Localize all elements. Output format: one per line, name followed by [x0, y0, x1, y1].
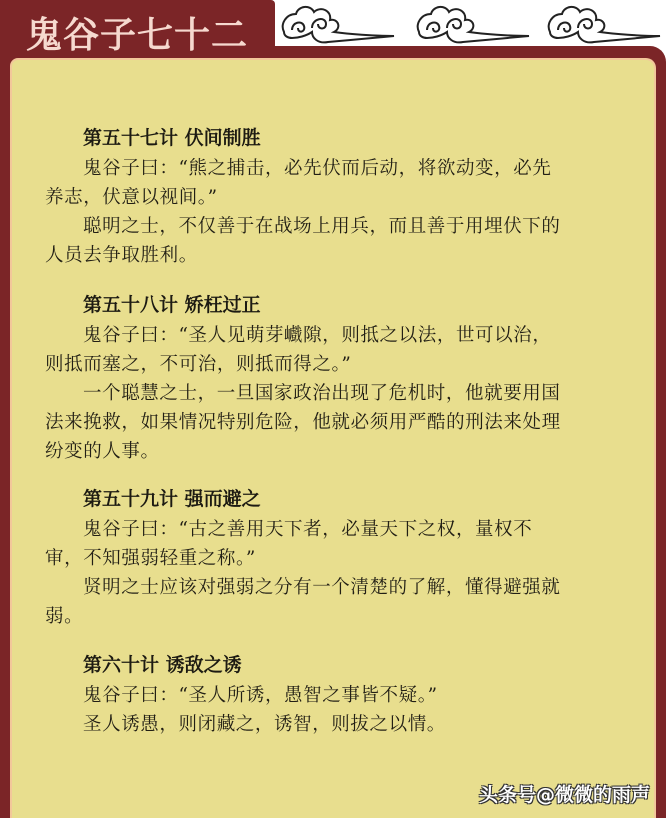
explanation-line: 聪明之士，不仅善于在战场上用兵，而且善于用埋伏下的 — [83, 212, 643, 241]
cloud-ornament-icon — [278, 2, 396, 44]
quote-line: 审，不知强弱轻重之称。” — [45, 544, 643, 573]
explanation-line: 人员去争取胜利。 — [45, 241, 643, 270]
quote-line: 鬼谷子曰：“圣人见萌芽巇隙，则抵之以法，世可以治， — [83, 321, 643, 350]
section-59: 第五十九计 强而避之 鬼谷子曰：“古之善用天下者，必量天下之权，量权不 审，不知… — [83, 484, 643, 631]
explanation-line: 贤明之士应该对强弱之分有一个清楚的了解，懂得避强就 — [83, 573, 643, 602]
cloud-ornament-icon — [544, 2, 662, 44]
section-title: 第五十八计 矫枉过正 — [83, 290, 643, 321]
watermark: 头条号@微微的雨声 — [479, 780, 650, 807]
section-title: 第五十九计 强而避之 — [83, 484, 643, 515]
section-title: 第五十七计 伏间制胜 — [83, 123, 643, 154]
quote-line: 鬼谷子曰：“古之善用天下者，必量天下之权，量权不 — [83, 515, 643, 544]
quote-line: 则抵而塞之，不可治，则抵而得之。” — [45, 350, 643, 379]
section-title: 第六十计 诱敌之诱 — [83, 650, 643, 681]
quote-line: 鬼谷子曰：“圣人所诱，愚智之事皆不疑。” — [83, 681, 643, 710]
section-58: 第五十八计 矫枉过正 鬼谷子曰：“圣人见萌芽巇隙，则抵之以法，世可以治， 则抵而… — [83, 290, 643, 466]
section-60: 第六十计 诱敌之诱 鬼谷子曰：“圣人所诱，愚智之事皆不疑。” 圣人诱愚，则闭藏之… — [83, 650, 643, 739]
quote-line: 鬼谷子曰：“熊之捕击，必先伏而后动，将欲动变，必先 — [83, 154, 643, 183]
explanation-line: 弱。 — [45, 602, 643, 631]
explanation-line: 一个聪慧之士，一旦国家政治出现了危机时，他就要用国 — [83, 379, 643, 408]
explanation-line: 圣人诱愚，则闭藏之，诱智，则拔之以情。 — [83, 710, 643, 739]
quote-line: 养志，伏意以视间。” — [45, 183, 643, 212]
cloud-ornament-icon — [413, 2, 531, 44]
section-57: 第五十七计 伏间制胜 鬼谷子曰：“熊之捕击，必先伏而后动，将欲动变，必先 养志，… — [83, 123, 643, 270]
cloud-ornament-strip — [278, 0, 666, 46]
explanation-line: 纷变的人事。 — [45, 437, 643, 466]
header-tab: 鬼谷子七十二术 — [0, 0, 275, 60]
explanation-line: 法来挽救，如果情况特别危险，他就必须用严酷的刑法来处理 — [45, 408, 643, 437]
